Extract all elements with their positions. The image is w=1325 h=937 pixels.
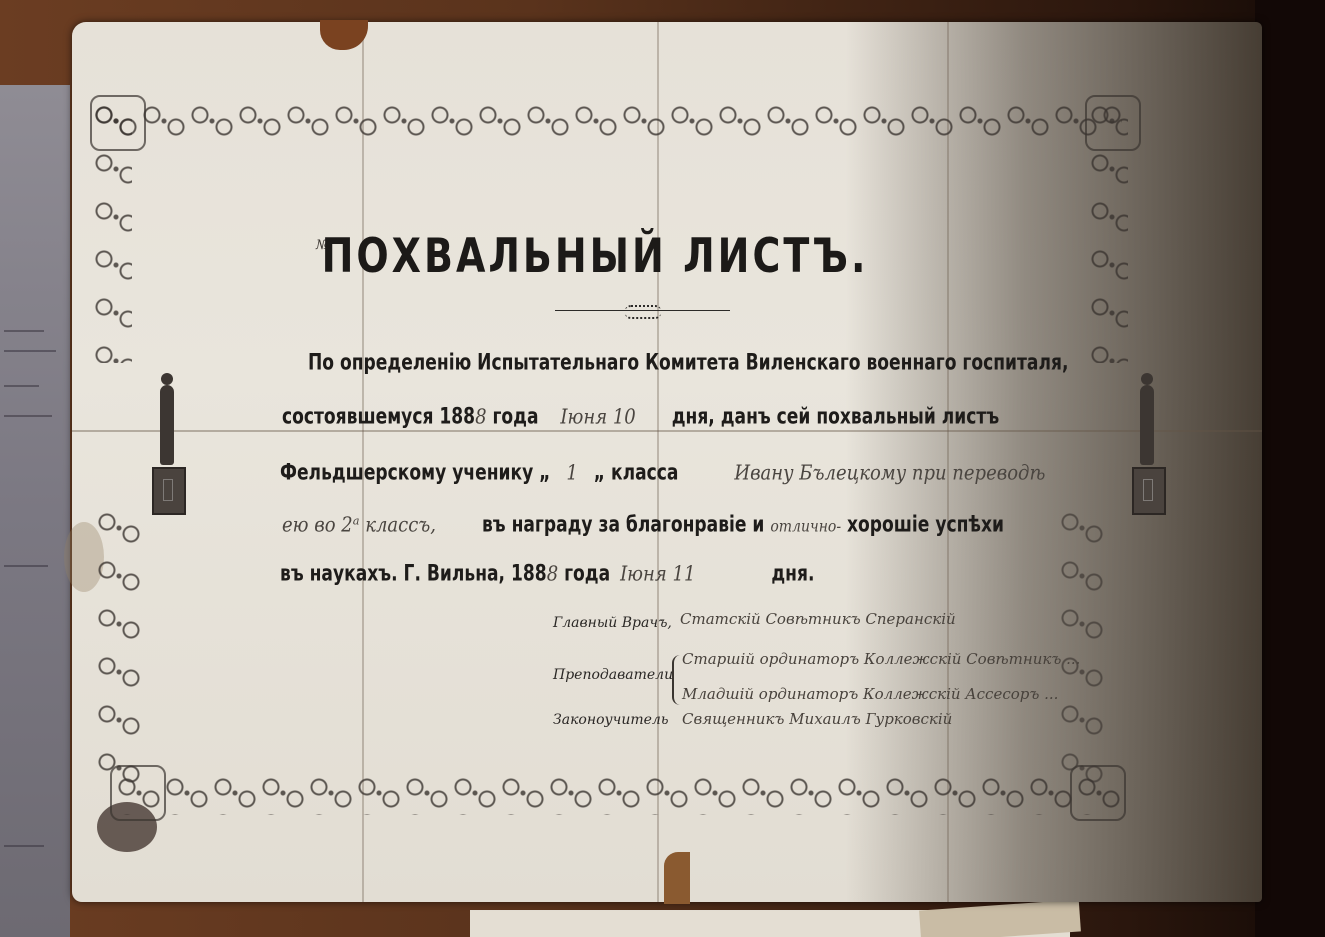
ornamental-border-left-lower <box>95 510 143 800</box>
signature-teacher-1: Старшій ординаторъ Коллежскій Совѣтникъ … <box>682 650 1080 668</box>
handwritten-class-number: 1 <box>556 461 587 485</box>
printed-text: года <box>564 561 610 586</box>
signature-label-teachers: Преподаватели <box>553 667 673 683</box>
body-line-3: Фельдшерскому ученику „ 1 „ класса Ивану… <box>280 460 1045 485</box>
printed-text: года <box>492 404 538 429</box>
signature-chief-doctor: Статскій Совѣтникъ Сперанскій <box>680 610 956 628</box>
body-line-1: По определенію Испытательнаго Комитета В… <box>308 350 1068 375</box>
printed-text: Фельдшерскому ученику „ <box>280 460 550 485</box>
statue-pedestal <box>1132 467 1166 515</box>
handwritten-year-digit: 8 <box>475 405 486 429</box>
printed-text: въ награду за благонравіе и <box>482 512 764 537</box>
ornament-corner <box>110 765 166 821</box>
printed-text: въ наукахъ. Г. Вильна, 188 <box>280 561 547 586</box>
signature-label-chief-doctor: Главный Врачъ, <box>553 615 672 631</box>
printed-text: дня, данъ сей похвальный листъ <box>672 404 999 429</box>
ornamental-border-bottom <box>115 775 1125 815</box>
handwritten-date: Іюня 10 <box>550 405 665 429</box>
adjacent-paper-left <box>0 85 70 937</box>
handwriting-fragment <box>4 330 44 332</box>
handwriting-fragment <box>4 845 44 847</box>
statue-pedestal <box>152 467 186 515</box>
handwritten-date: Іюня 11 <box>616 562 765 586</box>
certificate-title: ПОХВАЛЬНЫЙ ЛИСТЪ. <box>0 228 1190 283</box>
handwritten-year-digit: 8 <box>547 562 558 586</box>
ornament-corner <box>90 95 146 151</box>
handwriting-fragment <box>4 350 56 352</box>
handwriting-fragment <box>4 385 39 387</box>
statue-figure <box>160 385 174 465</box>
printed-text: По определенію Испытательнаго Комитета В… <box>308 350 1068 375</box>
paper-tear <box>664 852 690 904</box>
body-line-4: ею во 2ᵃ классъ, въ награду за благонрав… <box>282 512 1004 537</box>
statue-figure <box>1140 385 1154 465</box>
statue-head <box>1141 373 1153 385</box>
printed-text: „ класса <box>594 460 679 485</box>
signature-label-religion-teacher: Законоучитель <box>553 712 668 728</box>
divider-ornament <box>625 305 661 319</box>
printed-text: состоявшемуся 188 <box>282 404 475 429</box>
printed-text: дня. <box>771 561 814 586</box>
ornamental-border-top <box>92 103 1122 141</box>
signature-teacher-2: Младшій ординаторъ Коллежскій Ассесоръ .… <box>682 685 1058 703</box>
shadow-right <box>1255 0 1325 937</box>
printed-text: хорошіе успѣхи <box>847 512 1004 537</box>
statue-head <box>161 373 173 385</box>
ornament-corner <box>1070 765 1126 821</box>
handwritten-grade: отлично- <box>770 518 841 536</box>
handwriting-fragment <box>4 565 48 567</box>
paper-tear <box>320 20 368 50</box>
fold-line <box>72 430 1262 432</box>
body-line-5: въ наукахъ. Г. Вильна, 1888 года Іюня 11… <box>280 561 814 586</box>
handwritten-student-name: Ивану Бълецкому при переводѣ <box>684 461 1045 485</box>
ornament-corner <box>1085 95 1141 151</box>
signature-religion-teacher: Священникъ Михаилъ Гурковскій <box>682 710 952 728</box>
handwritten-transfer: ею во 2ᵃ классъ, <box>282 513 476 537</box>
handwriting-fragment <box>4 415 52 417</box>
body-line-2: состоявшемуся 1888 года Іюня 10 дня, дан… <box>282 404 999 429</box>
